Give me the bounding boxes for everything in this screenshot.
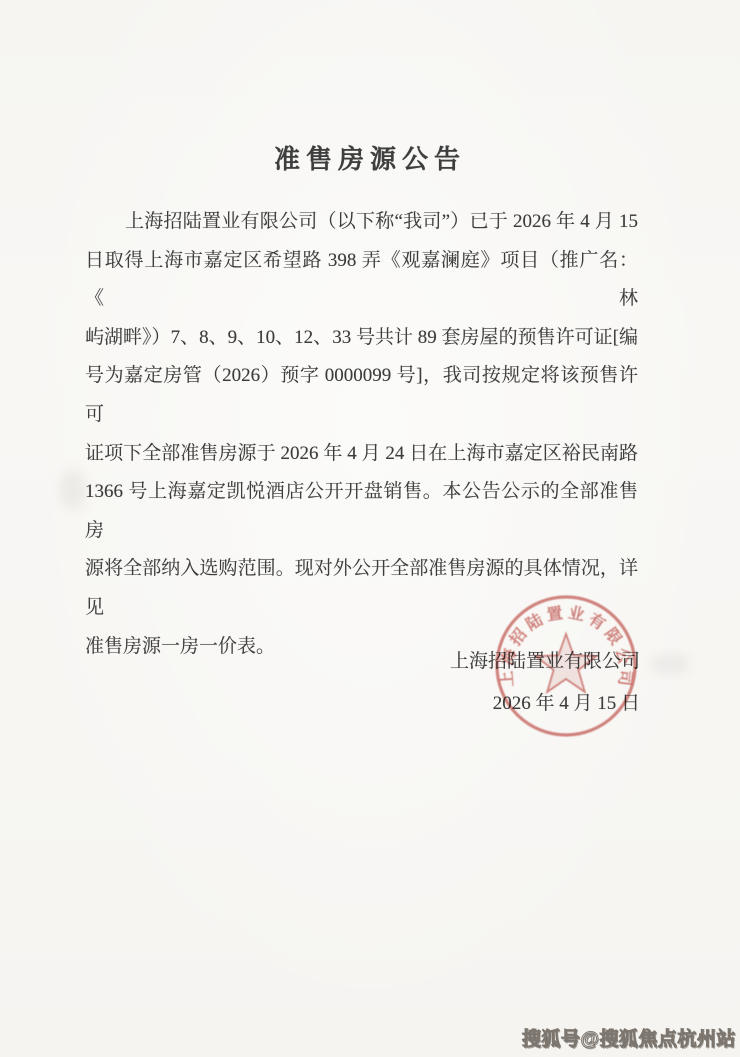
page-title: 准售房源公告 — [0, 139, 740, 176]
body-line: 号为嘉定房管（2026）预字 0000099 号]，我司按规定将该预售许可 — [85, 357, 638, 434]
body-line: 屿湖畔》）7、8、9、10、12、33 号共计 89 套房屋的预售许可证[编 — [85, 319, 638, 358]
sohu-watermark: 搜狐号@搜狐焦点杭州站 — [522, 1024, 736, 1051]
body-line: 上海招陆置业有限公司（以下称“我司”）已于 2026 年 4 月 15 — [85, 203, 638, 242]
seal-star-icon — [536, 634, 597, 692]
company-seal: 上海招陆置业有限公司 — [490, 590, 642, 742]
body-line: 1366 号上海嘉定凯悦酒店公开开盘销售。本公告公示的全部准售房 — [85, 473, 638, 550]
document-page: 准售房源公告 上海招陆置业有限公司（以下称“我司”）已于 2026 年 4 月 … — [0, 0, 740, 1057]
body-line: 日取得上海市嘉定区希望路 398 弄《观嘉澜庭》项目（推广名：《林 — [85, 242, 638, 319]
scan-smudge — [60, 470, 86, 510]
scan-smudge — [650, 655, 690, 673]
body-line: 证项下全部准售房源于 2026 年 4 月 24 日在上海市嘉定区裕民南路 — [85, 435, 638, 474]
